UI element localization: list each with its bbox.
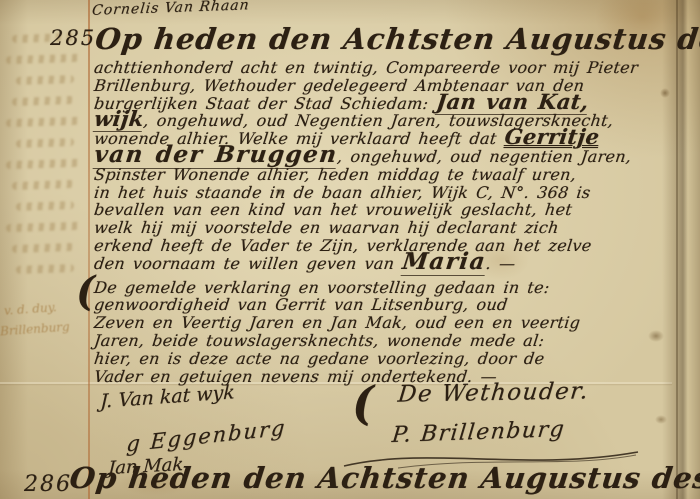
signature-witness-1: g Eggenburg xyxy=(126,415,288,456)
line-text: welk hij mij voorstelde en waarvan hij d… xyxy=(93,218,560,237)
line-text: achttienhonderd acht en twintig, Compare… xyxy=(93,58,639,77)
document-page: v. d. duy. Brillenburg Cornelis Van Rhaa… xyxy=(0,0,700,499)
bleed-line xyxy=(12,96,74,106)
bleed-line xyxy=(6,54,80,65)
act-line: burgerlijken Staat der Stad Schiedam: Ja… xyxy=(93,95,679,113)
bleed-line xyxy=(6,222,80,233)
line-text: hier, en is deze acte na gedane voorlezi… xyxy=(93,349,546,368)
line-text: Spinster Wonende alhier, heden middag te… xyxy=(93,165,577,184)
act-line: erkend heeft de Vader te Zijn, verklaren… xyxy=(93,237,679,255)
act-line: bevallen van een kind van het vrouwelijk… xyxy=(93,201,679,219)
margin-rule xyxy=(88,0,90,499)
closing-line: genwoordigheid van Gerrit van Litsenburg… xyxy=(93,296,679,314)
line-text: erkend heeft de Vader te Zijn, verklaren… xyxy=(93,236,593,255)
bleed-line xyxy=(16,138,74,148)
line-text: . — xyxy=(485,254,517,273)
bleed-line xyxy=(6,117,80,128)
act-line: den voornaam te willen geven van Maria. … xyxy=(93,255,679,273)
bleed-line xyxy=(16,264,74,274)
act-number-285: 285 xyxy=(50,26,96,50)
act-line: achttienhonderd acht en twintig, Compare… xyxy=(93,59,679,77)
bleed-line xyxy=(12,180,74,190)
act-286-opening-line: Op heden den Achtsten Augustus des xyxy=(68,461,700,495)
line-text: , ongehuwd, oud negentien Jaren, xyxy=(336,147,632,166)
name-gerritje: Gerritje xyxy=(503,124,601,149)
act-line: Brillenburg, Wethouder gedelegeerd Ambte… xyxy=(93,77,679,95)
line-text: Jaren, beide touwslagersknechts, wonende… xyxy=(93,331,545,350)
line-text: Zeven en Veertig Jaren en Jan Mak, oud e… xyxy=(93,313,581,332)
bleed-line xyxy=(6,159,80,170)
signature-official-title: De Wethouder. xyxy=(397,378,591,407)
line-text: bevallen van een kind van het vrouwelijk… xyxy=(93,200,573,219)
closing-line: Zeven en Veertig Jaren en Jan Mak, oud e… xyxy=(93,314,679,332)
act-line: welk hij mij voorstelde en waarvan hij d… xyxy=(93,219,679,237)
closing-line: De gemelde verklaring en voorstelling ge… xyxy=(93,279,679,297)
closing-line: Vader en getuigen nevens mij ondertekend… xyxy=(93,368,679,386)
line-text: den voornaam te willen geven van xyxy=(93,254,403,273)
act-number-286: 286 xyxy=(24,472,72,497)
act-line: van der Bruggen, ongehuwd, oud negentien… xyxy=(93,148,679,166)
line-text: burgerlijken Staat der Stad Schiedam: xyxy=(93,94,437,113)
act-285-text: Op heden den Achtsten Augustus des Jaars… xyxy=(93,16,677,385)
closing-line: hier, en is deze acte na gedane voorlezi… xyxy=(93,350,679,368)
act-line: Spinster Wonende alhier, heden middag te… xyxy=(93,166,679,184)
opening-large: Op heden den Achtsten Augustus des xyxy=(93,22,700,56)
closing-line: Jaren, beide touwslagersknechts, wonende… xyxy=(93,332,679,350)
signature-official-name: P. Brillenburg xyxy=(391,417,567,448)
paragraph-flourish-paren: ( xyxy=(76,268,95,315)
signature-flourish-paren: ( xyxy=(352,376,374,430)
name-maria: Maria xyxy=(401,248,488,276)
act-opening-line: Op heden den Achtsten Augustus des Jaars xyxy=(93,16,682,59)
bleed-line xyxy=(12,243,74,253)
bleed-line xyxy=(16,75,74,85)
line-text: genwoordigheid van Gerrit van Litsenburg… xyxy=(93,295,509,314)
line-text: in het huis staande in de baan alhier, W… xyxy=(93,183,592,202)
act-line: in het huis staande in de baan alhier, W… xyxy=(93,184,679,202)
bleed-line xyxy=(16,201,74,211)
line-text: De gemelde verklaring en voorstelling ge… xyxy=(93,278,551,297)
